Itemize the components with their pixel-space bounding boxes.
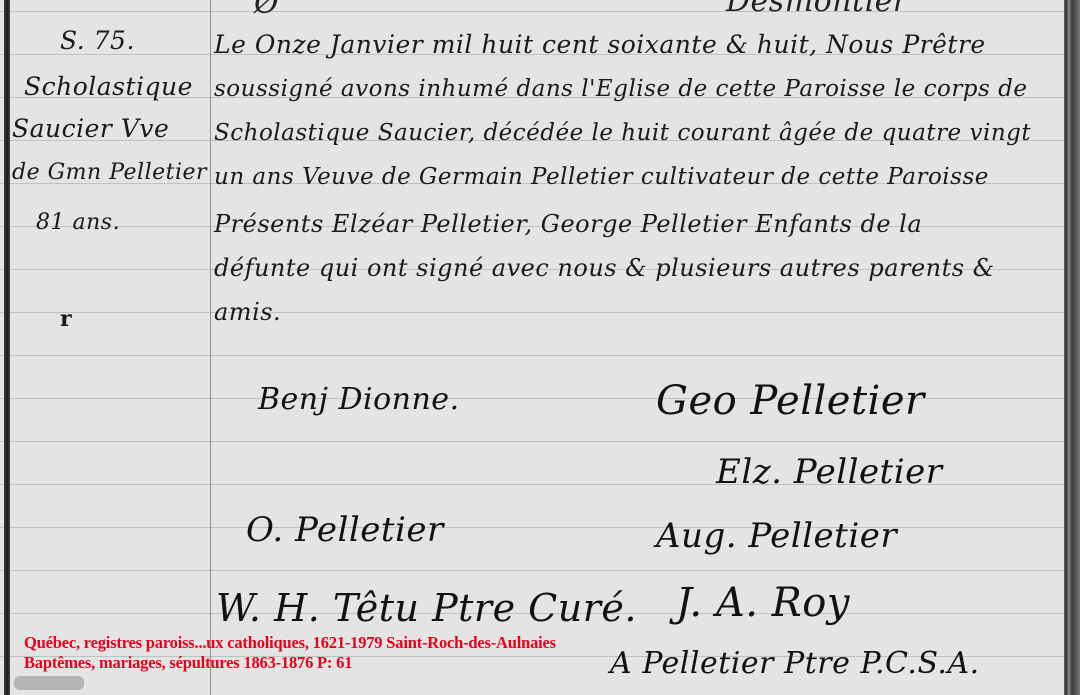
top-flourish: Ø [254,0,279,21]
entry-line: amis. [214,298,281,326]
signature-o-pelletier: O. Pelletier [246,510,444,550]
header-fragment: Desmontier [726,0,908,19]
entry-line: Scholastique Saucier, décédée le huit co… [214,120,1031,146]
source-caption-line-2: Baptêmes, mariages, sépultures 1863-1876… [24,653,352,673]
source-caption-line-1: Québec, registres paroiss...ux catholiqu… [24,633,556,653]
signature-benj-dionne: Benj Dionne. [258,382,460,417]
entry-line: Présents Elzéar Pelletier, George Pellet… [214,210,922,238]
margin-rule-line [210,0,211,695]
register-page: Ø Desmontier S. 75. Scholastique Saucier… [0,0,1080,695]
signature-elz-pelletier: Elz. Pelletier [716,452,942,492]
margin-name-line: Scholastique [24,72,193,101]
signature-a-pelletier: A Pelletier Ptre P.C.S.A. [610,646,980,681]
entry-line: Le Onze Janvier mil huit cent soixante &… [214,30,986,59]
entry-line: soussigné avons inhumé dans l'Eglise de … [214,76,1027,102]
signature-geo-pelletier: Geo Pelletier [656,378,925,424]
margin-name-line: Saucier Vve [12,114,169,143]
signature-j-a-roy: J. A. Roy [676,580,850,626]
signature-aug-pelletier: Aug. Pelletier [656,516,897,556]
margin-age: 81 ans. [36,210,120,235]
ink-smudge [14,676,84,690]
record-number: S. 75. [60,26,135,55]
margin-name-line: de Gmn Pelletier [12,160,207,185]
signature-priest-tetu: W. H. Têtu Ptre Curé. [216,586,637,630]
stray-mark: r [60,306,72,332]
left-binding-edge [4,0,10,695]
entry-line: un ans Veuve de Germain Pelletier cultiv… [214,164,989,190]
entry-line: défunte qui ont signé avec nous & plusie… [214,254,995,282]
right-binding-edge [1064,0,1080,695]
